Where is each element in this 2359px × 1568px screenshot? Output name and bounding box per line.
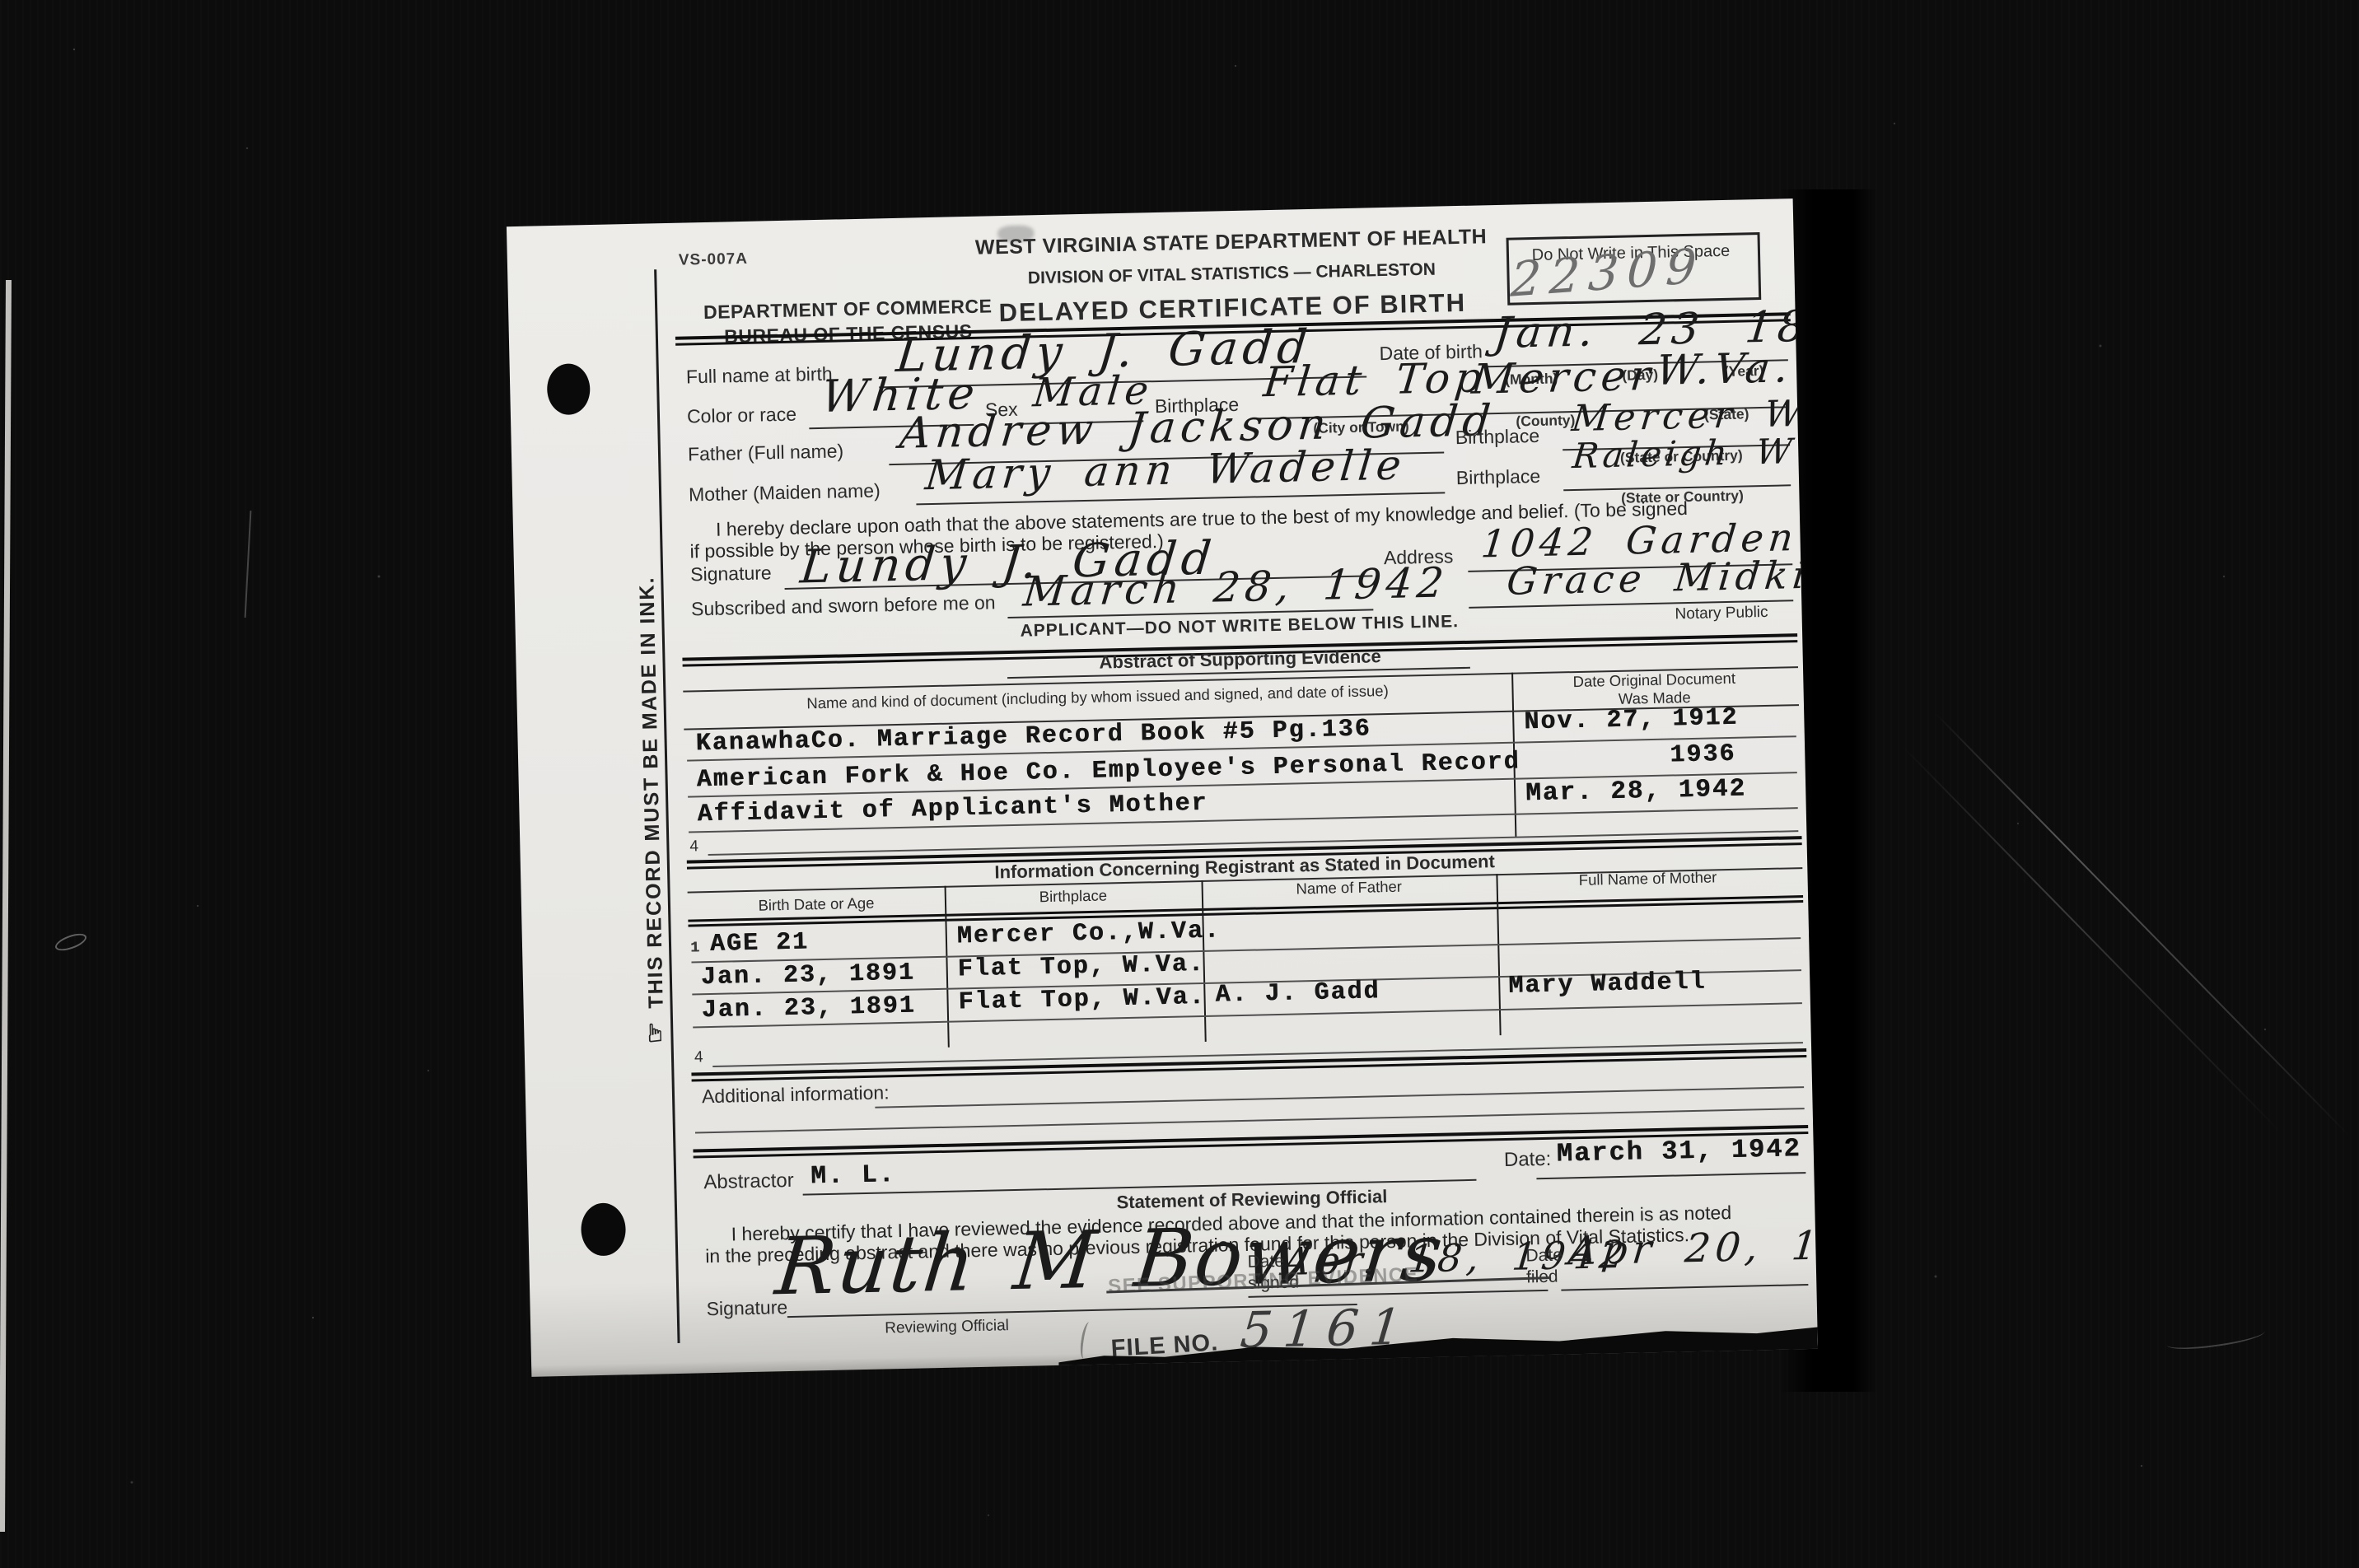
registrant-cell: Jan. 23, 1891 (701, 994, 916, 1024)
table-divider (1496, 874, 1501, 1035)
punch-hole (581, 1202, 626, 1256)
scratch-line (245, 511, 252, 618)
registrant-cell: Mary Waddell (1508, 970, 1707, 999)
registrant-col-header: Birthplace (1039, 888, 1108, 904)
punch-hole (547, 363, 591, 415)
additional-info-label: Additional information: (702, 1083, 890, 1106)
registrant-col-header: Name of Father (1296, 880, 1402, 897)
birthplace-city-value: Flat Top (1262, 357, 1488, 403)
abstractor-value: M. L. (810, 1162, 896, 1189)
film-edge-sliver (0, 280, 12, 1532)
registrant-cell: A. J. Gadd (1215, 979, 1380, 1007)
signature-label: Signature (690, 563, 772, 584)
father-label: Father (Full name) (688, 441, 844, 464)
father-birthplace-label: Birthplace (1455, 427, 1540, 447)
registrant-cell: Flat Top, W.Va. (958, 985, 1206, 1015)
abstractor-label: Abstractor (703, 1171, 794, 1192)
review-signature-label: Signature (706, 1298, 787, 1318)
mother-name-value: Mary ann Wadelle (923, 444, 1408, 496)
registrant-row-marker: 1 (690, 940, 701, 955)
date-signed-label-1: Date (1247, 1253, 1284, 1271)
registrant-footnote: 4 (694, 1049, 703, 1065)
registrant-cell: AGE 21 (710, 930, 810, 957)
scratch-mark (53, 931, 88, 954)
ruled-line (1536, 1172, 1805, 1179)
pencil-smudge (997, 225, 1034, 242)
registrant-col-header: Birth Date or Age (758, 896, 874, 914)
mother-label: Mother (Maiden name) (689, 481, 881, 504)
abstract-footnote: 4 (689, 838, 698, 854)
reviewing-official-label: Reviewing Official (885, 1318, 1009, 1336)
abstract-row-name: KanawhaCo. Marriage Record Book #5 Pg.13… (695, 716, 1371, 756)
table-divider (945, 886, 950, 1048)
registration-number-handwritten: 22309 (1510, 241, 1706, 303)
abstract-date-value: March 31, 1942 (1556, 1136, 1801, 1167)
abstract-col1-header: Name and kind of document (including by … (690, 681, 1506, 714)
notary-signature-value: Grace Midkiff (1505, 555, 1818, 600)
abstract-row-date: Mar. 28, 1942 (1525, 777, 1746, 807)
race-label: Color or race (687, 405, 796, 427)
sworn-label: Subscribed and sworn before me on (691, 593, 996, 618)
sworn-date-value: March 28, 1942 (1021, 562, 1450, 612)
abstract-date-label: Date: (1504, 1150, 1552, 1170)
mother-birthplace-value: Raleigh W Va (1571, 432, 1818, 474)
scratch-curve (2165, 1323, 2266, 1354)
ruled-line (1561, 1284, 1808, 1291)
pencil-mark (1078, 1321, 1095, 1359)
scratch-line (1935, 712, 2351, 1137)
certificate-document: ☞THIS RECORD MUST BE MADE IN INK. VS-007… (507, 198, 1818, 1377)
registrant-col-header: Full Name of Mother (1579, 870, 1717, 888)
scratch-line (1902, 745, 2283, 1135)
birthplace-state-value: W.Va. (1655, 347, 1796, 391)
pointing-hand-icon: ☞ (642, 1020, 670, 1044)
registrant-cell: Mercer Co.,W.Va. (957, 918, 1222, 949)
abstract-row-date: Nov. 27, 1912 (1524, 706, 1739, 735)
registrant-cell: Flat Top, W.Va. (957, 952, 1205, 982)
date-filed-value: Apr 20, 1942 (1567, 1224, 1818, 1271)
full-name-label: Full name at birth (686, 365, 833, 387)
birthplace-county-value: Mercer (1470, 355, 1657, 400)
date-filed-label-1: Date (1525, 1247, 1563, 1265)
ruled-line (691, 937, 1801, 963)
ruled-line (875, 1086, 1804, 1108)
abstract-row-date: 1936 (1670, 742, 1736, 768)
registrant-cell: Jan. 23, 1891 (701, 961, 916, 991)
mother-birthplace-label: Birthplace (1456, 467, 1541, 488)
